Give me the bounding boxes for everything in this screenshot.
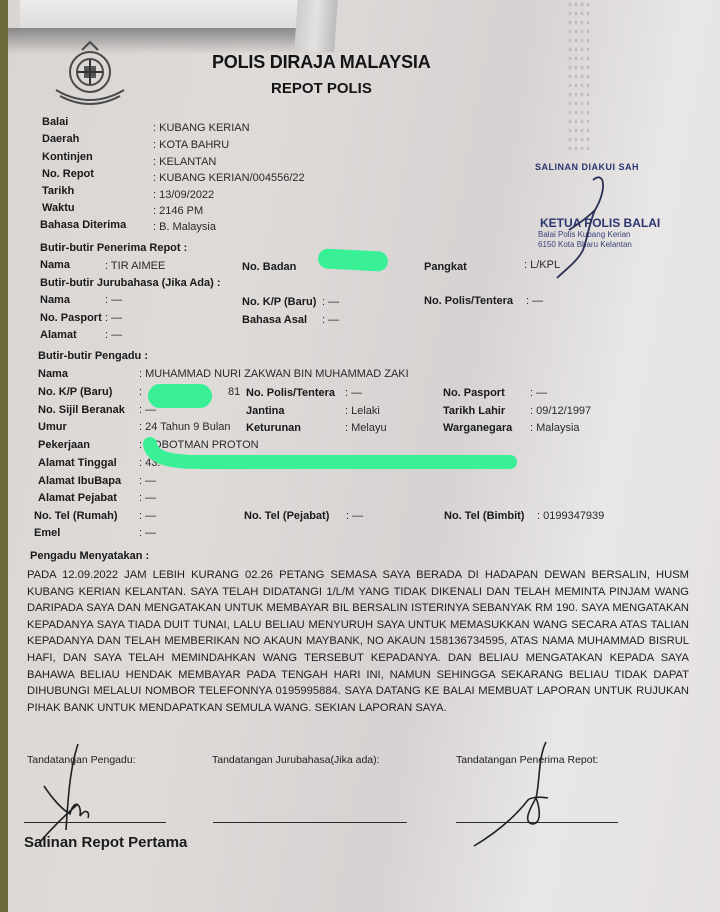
complainant-sijil-value: : —: [139, 404, 156, 416]
complainant-pasport-label: No. Pasport: [443, 387, 505, 399]
complainant-tel-rumah-label: No. Tel (Rumah): [34, 510, 118, 522]
tarikh-value: : 13/09/2022: [153, 189, 214, 201]
complainant-jantina-label: Jantina: [246, 405, 285, 417]
complainant-kp-suffix: 81: [228, 386, 240, 398]
complainant-umur-label: Umur: [38, 421, 67, 433]
recipient-nama-label: Nama: [40, 259, 70, 271]
complainant-emel-label: Emel: [34, 527, 60, 539]
interpreter-pasport-label: No. Pasport: [40, 312, 102, 324]
recipient-pangkat-value: : L/KPL: [524, 259, 560, 271]
recipient-signature: [468, 738, 558, 850]
complainant-umur-value: : 24 Tahun 9 Bulan: [139, 421, 231, 433]
no-repot-label: No. Repot: [42, 168, 94, 180]
no-repot-value: : KUBANG KERIAN/004556/22: [153, 172, 305, 184]
complainant-polis-label: No. Polis/Tentera: [246, 387, 335, 399]
complainant-pejabat-value: : —: [139, 492, 156, 504]
stamp-signature: [555, 170, 615, 280]
bahasa-diterima-label: Bahasa Diterima: [40, 219, 126, 231]
kontinjen-value: : KELANTAN: [153, 156, 216, 168]
recipient-nama-value: : TIR AIMEE: [105, 260, 165, 272]
interpreter-alamat-value: : —: [105, 329, 122, 341]
complainant-keturunan-label: Keturunan: [246, 422, 301, 434]
police-crest-icon: [50, 40, 130, 106]
complainant-kp-prefix: :: [139, 386, 142, 398]
complainant-pasport-value: : —: [530, 387, 547, 399]
complainant-signature: [30, 738, 100, 848]
daerah-label: Daerah: [42, 133, 79, 145]
interpreter-signature-line: [213, 822, 407, 823]
complainant-tel-pejabat-value: : —: [346, 510, 363, 522]
complainant-pekerjaan-label: Pekerjaan: [38, 439, 90, 451]
balai-value: : KUBANG KERIAN: [153, 122, 250, 134]
statement-body: PADA 12.09.2022 JAM LEBIH KURANG 02.26 P…: [27, 567, 689, 716]
perforation-marks: [567, 0, 591, 150]
complainant-tel-bimbit-label: No. Tel (Bimbit): [444, 510, 524, 522]
complainant-jantina-value: : Lelaki: [345, 405, 380, 417]
complainant-keturunan-value: : Melayu: [345, 422, 387, 434]
complainant-warga-label: Warganegara: [443, 422, 512, 434]
complainant-ibubapa-value: : —: [139, 475, 156, 487]
redaction-mark: [140, 436, 520, 472]
interpreter-signature-label: Tandatangan Jurubahasa(Jika ada):: [212, 754, 380, 766]
interpreter-nama-value: : —: [105, 294, 122, 306]
complainant-pejabat-label: Alamat Pejabat: [38, 492, 117, 504]
waktu-label: Waktu: [42, 202, 75, 214]
waktu-value: : 2146 PM: [153, 205, 203, 217]
bahasa-diterima-value: : B. Malaysia: [153, 221, 216, 233]
redaction-mark: [318, 248, 389, 272]
complainant-tel-bimbit-value: : 0199347939: [537, 510, 604, 522]
complainant-sijil-label: No. Sijil Beranak: [38, 404, 125, 416]
complainant-nama-label: Nama: [38, 368, 68, 380]
recipient-section-title: Butir-butir Penerima Repot :: [40, 242, 187, 254]
interpreter-kp-label: No. K/P (Baru): [242, 296, 316, 308]
interpreter-bahasa-value: : —: [322, 314, 339, 326]
recipient-badan-label: No. Badan: [242, 261, 296, 273]
balai-label: Balai: [42, 116, 68, 128]
interpreter-alamat-label: Alamat: [40, 329, 77, 341]
complainant-ibubapa-label: Alamat IbuBapa: [38, 475, 121, 487]
interpreter-bahasa-label: Bahasa Asal: [242, 314, 307, 326]
redaction-mark: [148, 384, 212, 408]
complainant-nama-value: : MUHAMMAD NURI ZAKWAN BIN MUHAMMAD ZAKI: [139, 368, 409, 380]
page-subtitle: REPOT POLIS: [271, 80, 372, 97]
kontinjen-label: Kontinjen: [42, 151, 93, 163]
interpreter-nama-label: Nama: [40, 294, 70, 306]
complainant-kp-label: No. K/P (Baru): [38, 386, 112, 398]
complainant-warga-value: : Malaysia: [530, 422, 580, 434]
statement-title: Pengadu Menyatakan :: [30, 550, 149, 562]
complainant-tel-rumah-value: : —: [139, 510, 156, 522]
complainant-tel-pejabat-label: No. Tel (Pejabat): [244, 510, 329, 522]
page-title: POLIS DIRAJA MALAYSIA: [212, 52, 431, 73]
interpreter-section-title: Butir-butir Jurubahasa (Jika Ada) :: [40, 277, 221, 289]
complainant-lahir-value: : 09/12/1997: [530, 405, 591, 417]
interpreter-polis-value: : —: [526, 295, 543, 307]
interpreter-polis-label: No. Polis/Tentera: [424, 295, 513, 307]
complainant-tinggal-label: Alamat Tinggal: [38, 457, 117, 469]
complainant-section-title: Butir-butir Pengadu :: [38, 350, 148, 362]
complainant-emel-value: : —: [139, 527, 156, 539]
daerah-value: : KOTA BAHRU: [153, 139, 229, 151]
footer-title: Salinan Repot Pertama: [24, 834, 187, 851]
recipient-pangkat-label: Pangkat: [424, 261, 467, 273]
tarikh-label: Tarikh: [42, 185, 74, 197]
interpreter-kp-value: : —: [322, 296, 339, 308]
complainant-lahir-label: Tarikh Lahir: [443, 405, 505, 417]
interpreter-pasport-value: : —: [105, 312, 122, 324]
complainant-polis-value: : —: [345, 387, 362, 399]
tape-strip: [294, 0, 338, 52]
